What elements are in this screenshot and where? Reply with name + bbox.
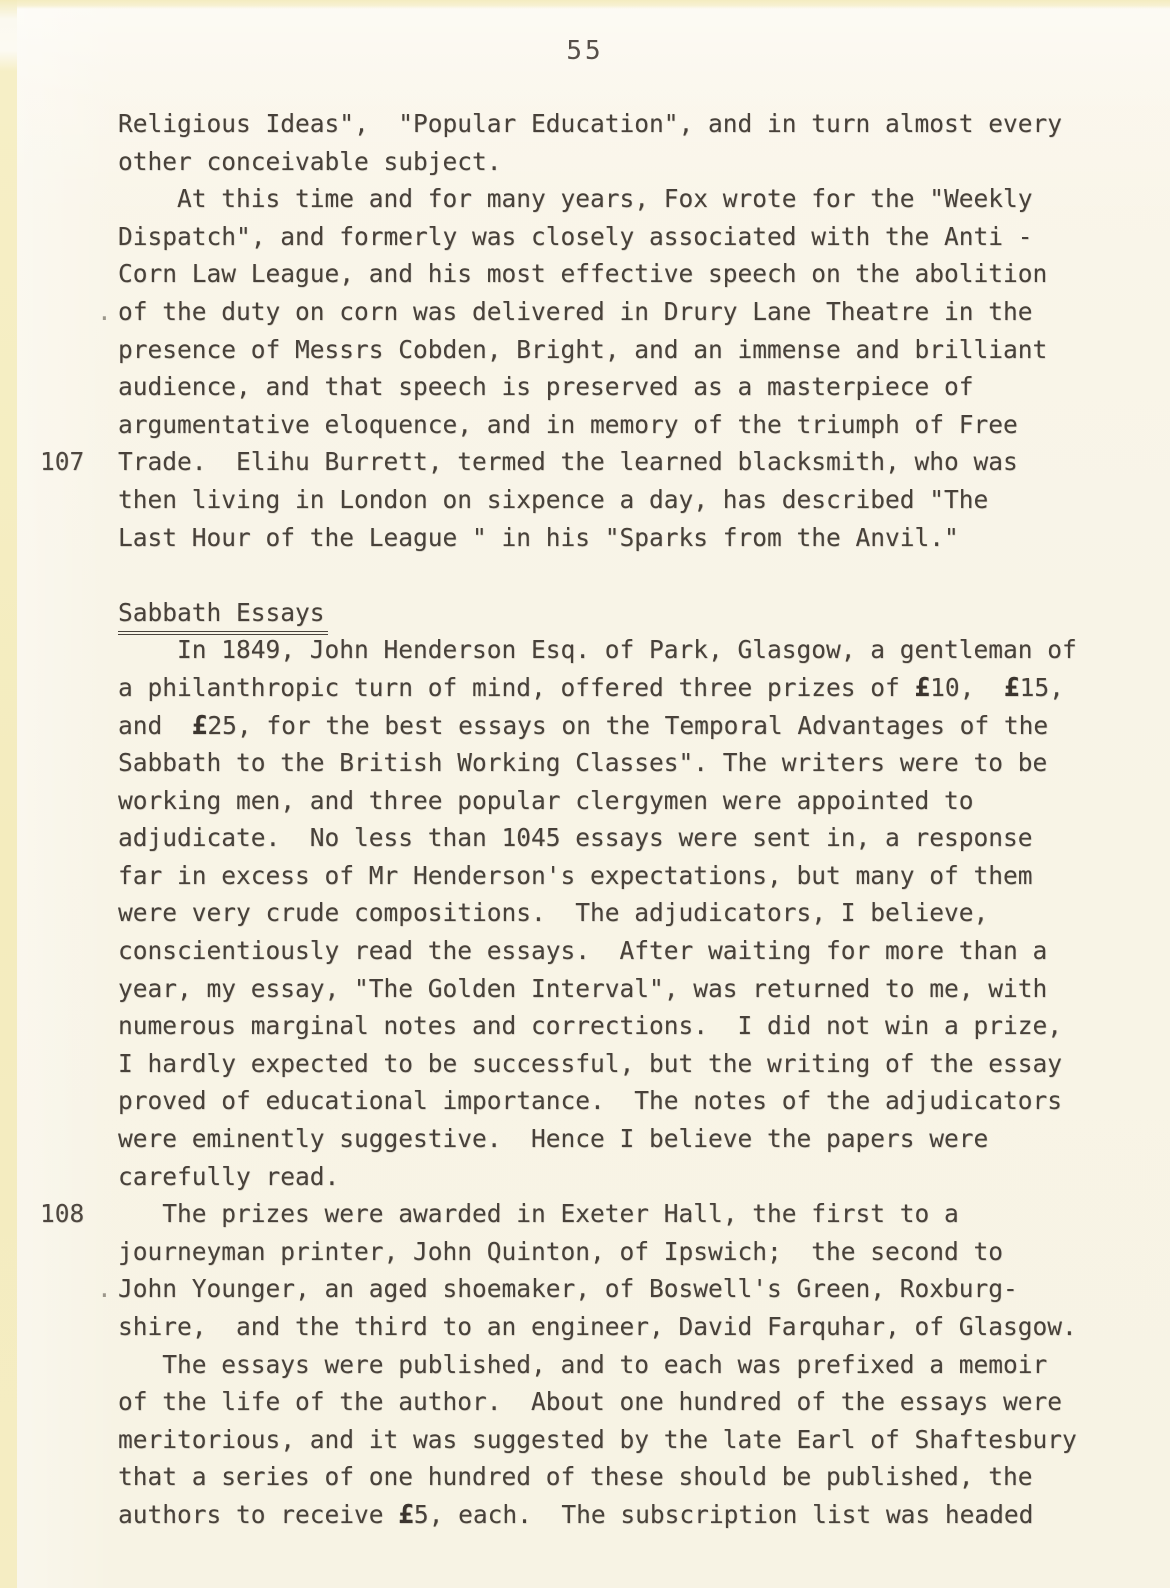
text-line: then living in London on sixpence a day,…: [118, 481, 1118, 519]
text-line: numerous marginal notes and corrections.…: [118, 1007, 1118, 1045]
margin-number: 108: [40, 1195, 84, 1233]
stray-mark: .: [97, 293, 112, 331]
text-line: proved of educational importance. The no…: [118, 1082, 1118, 1120]
text-line: conscientiously read the essays. After w…: [118, 932, 1118, 970]
text-line: year, my essay, "The Golden Interval", w…: [118, 970, 1118, 1008]
text-line: presence of Messrs Cobden, Bright, and a…: [118, 331, 1118, 369]
section-heading-line: Sabbath Essays: [118, 594, 1118, 632]
page-number: 55: [0, 36, 1170, 66]
text-line: meritorious, and it was suggested by the…: [118, 1421, 1118, 1459]
text-line: shire, and the third to an engineer, Dav…: [118, 1308, 1118, 1346]
stray-mark: .: [97, 1270, 112, 1308]
text-line: were eminently suggestive. Hence I belie…: [118, 1120, 1118, 1158]
text-line: John Younger, an aged shoemaker, of Bosw…: [118, 1270, 1118, 1308]
pound-sign: £: [192, 711, 208, 741]
paragraph: In 1849, John Henderson Esq. of Park, Gl…: [118, 631, 1118, 1195]
text-line: and £25, for the best essays on the Temp…: [118, 707, 1118, 745]
text-line: that a series of one hundred of these sh…: [118, 1458, 1118, 1496]
text-line: Corn Law League, and his most effective …: [118, 255, 1118, 293]
page-top-edge-tint: [17, 0, 1170, 9]
text-line: of the life of the author. About one hun…: [118, 1383, 1118, 1421]
text-line: argumentative eloquence, and in memory o…: [118, 406, 1118, 444]
text-line: Religious Ideas", "Popular Education", a…: [118, 105, 1118, 143]
blank-line: [118, 556, 1118, 594]
text-line: At this time and for many years, Fox wro…: [118, 180, 1118, 218]
scanned-page: 55 Religious Ideas", "Popular Education"…: [0, 0, 1170, 1588]
paragraph: At this time and for many years, Fox wro…: [118, 180, 1118, 556]
text-line: were very crude compositions. The adjudi…: [118, 894, 1118, 932]
text-line: of the duty on corn was delivered in Dru…: [118, 293, 1118, 331]
pound-sign: £: [398, 1500, 414, 1530]
text-line: journeyman printer, John Quinton, of Ips…: [118, 1233, 1118, 1271]
text-line: Sabbath to the British Working Classes".…: [118, 744, 1118, 782]
paragraph: The essays were published, and to each w…: [118, 1346, 1118, 1534]
text-line: adjudicate. No less than 1045 essays wer…: [118, 819, 1118, 857]
text-line: a philanthropic turn of mind, offered th…: [118, 669, 1118, 707]
text-line: far in excess of Mr Henderson's expectat…: [118, 857, 1118, 895]
section-heading: Sabbath Essays: [118, 594, 328, 636]
text-line: authors to receive £5, each. The subscri…: [118, 1496, 1118, 1534]
margin-number: 107: [40, 443, 84, 481]
text-line: The essays were published, and to each w…: [118, 1346, 1118, 1384]
text-line: Dispatch", and formerly was closely asso…: [118, 218, 1118, 256]
text-line: carefully read.: [118, 1158, 1118, 1196]
paragraph: Religious Ideas", "Popular Education", a…: [118, 105, 1118, 180]
text-line: In 1849, John Henderson Esq. of Park, Gl…: [118, 631, 1118, 669]
page-left-edge-tint: [0, 0, 17, 1588]
text-line: working men, and three popular clergymen…: [118, 782, 1118, 820]
pound-sign: £: [1004, 673, 1020, 703]
text-line: other conceivable subject.: [118, 143, 1118, 181]
pound-sign: £: [915, 673, 931, 703]
text-line: audience, and that speech is preserved a…: [118, 368, 1118, 406]
text-line: Trade. Elihu Burrett, termed the learned…: [118, 443, 1118, 481]
paragraph: The prizes were awarded in Exeter Hall, …: [118, 1195, 1118, 1345]
text-line: I hardly expected to be successful, but …: [118, 1045, 1118, 1083]
text-line: The prizes were awarded in Exeter Hall, …: [118, 1195, 1118, 1233]
text-line: Last Hour of the League " in his "Sparks…: [118, 519, 1118, 557]
page-body: Religious Ideas", "Popular Education", a…: [118, 105, 1118, 1534]
